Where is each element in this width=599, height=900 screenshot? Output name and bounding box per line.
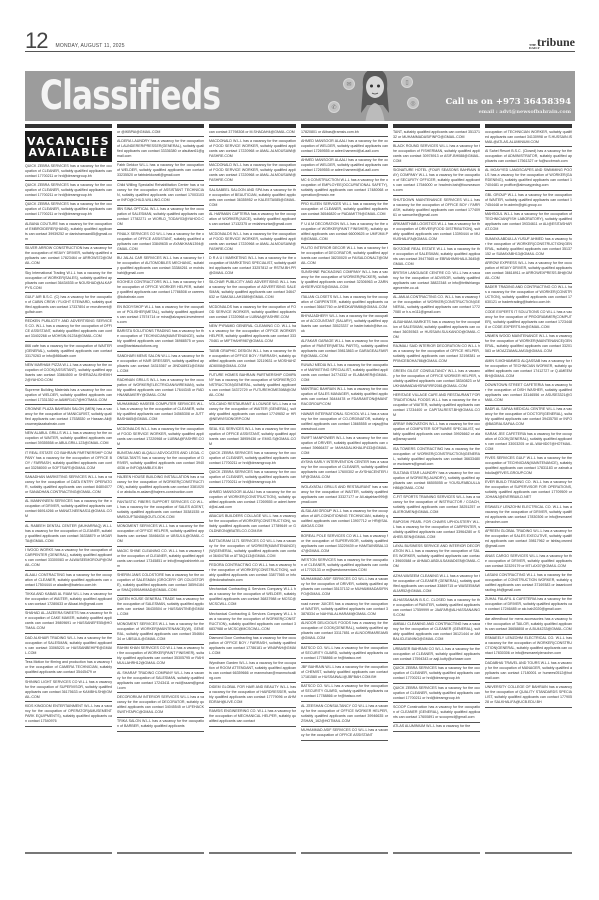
classified-ad: BARISTA SOLUTIONS TRADING has a vacancy …	[117, 328, 204, 352]
classified-ad: ARRAY INNOVATION W.L.L has a vacancy for…	[393, 421, 480, 445]
classified-ad: QUICK ZEBRA SERVICES has a vacancy for t…	[25, 162, 112, 181]
classified-ad: AL MOAYYED LANDSCAPES AND SWIMMING POOLS…	[485, 167, 572, 191]
column-5: TANT, suitably qualified applicants can …	[393, 124, 480, 854]
classified-ad: ZUHAL FALAFIL & CAFETERIA has a vacancy …	[485, 596, 572, 615]
classified-ad: LASANI CONTRACTING W.L.L has a vacancy f…	[485, 571, 572, 595]
classified-ad: BLACK ROUND SERVICES W.L.L has a vacancy…	[393, 142, 480, 166]
ads-list: can contact 37798308 or M.SHADAH4@GMAIL.…	[209, 128, 296, 727]
classified-ad: BHIYAJADHERY W.L.L has a vacancy for the…	[301, 313, 388, 337]
classified-ad: SEAL 911 SERVICES W.L.L has a vacancy fo…	[209, 425, 296, 449]
classified-ad: MONOMENT SERVICES W.L.L has a vacancy fo…	[117, 523, 204, 547]
classified-ad: RAPOSHI PEARL FOR CHAIRS UPHOLSTERY W.L.…	[393, 518, 480, 542]
classified-ad: dar alfeedhout for mens accessories has …	[485, 615, 572, 634]
classified-ad: RAMSIS ENGINEERING CO. W.L.L has a vacan…	[209, 708, 296, 727]
ads-list: or @IKBPAI@GMAIL.COMALDERA LAUNDRY has a…	[117, 128, 204, 732]
classified-ad: Supreme Building Materials has a vacancy…	[25, 386, 112, 405]
classified-ad: QUEEN HOUSE GENERAL TRADE has a vacancy …	[117, 596, 204, 620]
classified-ad: MAGIC SHINE CLEANING CO. W.L.L has a vac…	[117, 547, 204, 571]
classified-ad: C-FIT SPORTS TRAINING SERVICES W.L.L has…	[393, 494, 480, 518]
classified-ad: ANAS CARGO SERVICES W.L.L has a vacancy …	[485, 552, 572, 571]
phone-icon: ✆	[328, 101, 340, 113]
classified-ad: BRITISH LANGUAGE CENTRE CO. W.L.L has a …	[393, 269, 480, 293]
ads-list: QUICK ZEBRA SERVICES has a vacancy for t…	[25, 162, 112, 727]
classified-ad: SILCHAR PUBLICITY AND ADVERTISING W.L.L …	[209, 279, 296, 303]
classified-ad: SKYZONE REAL ESTATE W.L.L has a vacancy …	[393, 245, 480, 269]
column-divider	[301, 852, 388, 854]
classified-ad: QUICK ZEBRA SERVICES has a vacancy for t…	[209, 469, 296, 488]
classified-ad: QUICK ZEBRA SERVICES has a vacancy for t…	[25, 201, 112, 220]
classified-ad: ISA TOWERS CONTRACTING has a vacancy for…	[393, 445, 480, 469]
classified-ad: NEW MARHAM PIZZA W.L.L has a vacancy for…	[25, 362, 112, 386]
classified-ad: QUICK ZEBRA SERVICES has a vacancy for t…	[393, 665, 480, 684]
classified-ad: TRIKA SALON W.L.L has a vacancy for the …	[117, 718, 204, 732]
classified-ad: EN BODYSHOP W.L.L has a vacancy for the …	[117, 303, 204, 327]
classified-ad: DADABHAI TRAVEL AND TOURS W.L.L has a va…	[485, 659, 572, 683]
classified-ad: Al Sahel Resort B.S.C. (Closed) has a va…	[485, 147, 572, 166]
classified-ad: DOWNTOWN STREET CAFETERIA has a vacancy …	[485, 381, 572, 405]
classified-ad: RUWAJ MEDIA W.L.L has a vacancy for the …	[301, 361, 388, 385]
classified-ad: SWIFT MANPOWER W.L.L has a vacancy for t…	[301, 434, 388, 458]
classified-ad: ALSALAM GROUP W.L.L has a vacancy for th…	[301, 508, 388, 532]
classified-ad: NEW ALABUL GRILLS W.L.L has a vacancy fo…	[25, 430, 112, 449]
classified-ad: MANTRAC BAHRAIN W.L.L has a vacancy for …	[301, 386, 388, 410]
column-divider	[393, 852, 480, 854]
classified-ad: RAHIM KHAN SERVICES CO W.L.L has a vacan…	[117, 645, 204, 669]
classified-ad: occupation of TECHNICIAN WORKER, suitabl…	[485, 128, 572, 147]
classified-ad: ATLAS ALUMINIUM W.L.L has a vacancy for …	[393, 723, 480, 732]
classified-ad: MCDONALDS W.L.L has a vacancy for the oc…	[209, 230, 296, 254]
brand-name: tribune	[537, 35, 575, 50]
classified-ad: EVER BUILD TRADING CO. W.L.L has a vacan…	[485, 479, 572, 503]
classified-ad: AL SHARAF TRADING COMPANY W.L.L has a va…	[117, 669, 204, 693]
classified-ad: UNMEN WOOD MAINTENANCE W.L.L has a vacan…	[485, 333, 572, 357]
classified-ad: AZHA WASEEM CLEANING W.L.L has a vacancy…	[393, 572, 480, 596]
ads-list: 17820801 or Alibas@ramsis.com.bhAHMED MA…	[301, 128, 388, 741]
classified-ad: BADER TRADING AND CONTRACTING CO W.L.L h…	[485, 284, 572, 308]
classified-ad: FANTASTIC FIBERS SUPPORT SERVICES CO W.L…	[117, 498, 204, 522]
envelope-icon: ✉	[343, 78, 355, 90]
banner-title: Classifieds	[40, 73, 220, 119]
classified-ad: DECORORIUM INTERIOR SERVICES W.L.L has a…	[117, 693, 204, 717]
classified-ad: KOOHEJI CONTRACTORS W.L.L has a vacancy …	[117, 279, 204, 303]
classified-ad: Tess Motion for filming and production h…	[25, 659, 112, 678]
classified-ad: MCDONALDS W.L.L has a vacancy for the oc…	[117, 425, 204, 449]
classified-ad: Sky International Trading W.L.L has a va…	[25, 269, 112, 293]
classified-ad: ALBANA COUTURE has a vacancy for the occ…	[25, 220, 112, 244]
classified-ad: CODE EXPERTS IT SOLUTIONS CO W.L.L has a…	[485, 308, 572, 332]
classified-ad: AL RABEEH DENTAL CENTER (MUHARRAQ) W.L.L…	[25, 522, 112, 546]
classified-ad: HERITAGE VILLAGE CAFE AND RESTAURANT FOR…	[393, 391, 480, 420]
classified-ad: ALDERA LAUNDRY has a vacancy for the occ…	[117, 137, 204, 161]
globe-icon: ◎	[407, 97, 419, 109]
classified-ad: Fabb Dekkor W.L.L has a vacancy for the …	[117, 162, 204, 181]
classified-ad: SCOOP Construction has a vacancy for the…	[393, 703, 480, 722]
classified-ad: SUMAYA ABDULLA YUSUF AHMED has a vacancy…	[485, 235, 572, 259]
mobile-icon: ▯	[401, 76, 413, 88]
classified-ad: or @IKBPAI@GMAIL.COM	[117, 128, 204, 137]
classified-ad: FIVES SERVICES GULF W.L.L has a vacancy …	[485, 454, 572, 478]
classified-ad: SANADHAN MARKETING SERVICES W.L.L has a …	[25, 473, 112, 497]
classified-ad: AL-AMLIA CONTRACTING CO. W.L.L has a vac…	[393, 294, 480, 318]
column-divider	[117, 852, 204, 854]
classified-ad: HAWAR INTERNATIONAL SCHOOL W.L.L has a v…	[301, 410, 388, 434]
classified-ad: MUHAMMAD ASIF SERVICES CO W.L.L has a va…	[301, 576, 388, 600]
classified-ad: ALNOOR DELICIOUS FOODS has a vacancy for…	[301, 620, 388, 644]
classified-ad: HAJEEN HOUSE BUILDING INSTALLATION has a…	[117, 474, 204, 498]
section-header: VACANCIES AVAILABLE	[25, 131, 112, 162]
classified-ad: F U A M DECORATION W.L.L has a vacancy f…	[301, 220, 388, 244]
classified-ad: SHERIN JANS COLDSTORE has a vacancy for …	[117, 571, 204, 595]
classified-ad: IT REAL ESTATE CO BAHRAIN PARTNERSHIP CO…	[25, 449, 112, 473]
classified-ad: QUICK ZEBRA SERVICES has a vacancy for t…	[209, 449, 296, 468]
classified-ad: RADHNAN GRILLS W.L.L has a vacancy for t…	[117, 376, 204, 400]
classified-ad: UNIVERSITY COLLEGE OF BAHRAIN has a vaca…	[485, 683, 572, 707]
classified-ad: AL ZEESHAN CONSULTANCY CO W.L.L has a va…	[301, 702, 388, 726]
classified-ad: MACDONALD W.L.L has a vacancy for the oc…	[209, 137, 296, 161]
classified-ad: AHMED MANSOOR ALAALI has a vacancy for t…	[301, 137, 388, 156]
classified-ad: Mechanical Contracting & Services Compan…	[209, 586, 296, 610]
column-4: 17820801 or Alibas@ramsis.com.bhAHMED MA…	[301, 124, 388, 854]
column-1: VACANCIES AVAILABLE QUICK ZEBRA SERVICES…	[25, 124, 112, 854]
classified-ad: KARAK JEE CAFETERIA has a vacancy for th…	[485, 430, 572, 454]
column-3: can contact 37798308 or M.SHADAH4@GMAIL.…	[209, 124, 296, 854]
classified-ad: TIKKA AND KABAB AL RIAM W.L.L has a vaca…	[25, 590, 112, 609]
classified-ad: AHMED MANSOOR ALAALI has a vacancy for t…	[301, 157, 388, 176]
classified-ad: GBL GROUP W.L.L has a vacancy for the oc…	[485, 191, 572, 210]
classified-ad: Wyndham Garden W.L.L has a vacancy for t…	[209, 659, 296, 683]
classified-ad: MACDONALD W.L.L has a vacancy for the oc…	[209, 162, 296, 186]
page-number: 12	[25, 31, 47, 51]
classified-ad: BOREAL POLE SERVICES CO W.L.L has a vaca…	[301, 532, 388, 556]
classifieds-banner: Classifieds ✉ ✆ ▯ ◎ Call us on +973 3645…	[25, 71, 575, 121]
brand-small-text: THE DAILY	[529, 44, 536, 50]
classified-ad: GREEN GILGIT CONSULTANCY W.L.L has a vac…	[393, 367, 480, 391]
classified-ad: ALFAKAR GARAGE W.L.L has a vacancy for t…	[301, 337, 388, 361]
classified-ad: SANDHARI MENS SALON W.L.L has a vacancy …	[117, 352, 204, 376]
classified-ad: LAYAL BUSINESS SERVICE AND INTERIOR DECO…	[393, 543, 480, 572]
column-2: or @IKBPAI@GMAIL.COMALDERA LAUNDRY has a…	[117, 124, 204, 854]
classified-ad: AHMED MANSOOR ALAALI has a vacancy for t…	[209, 488, 296, 512]
classified-ad: AMBALI CLEANING AND CONTRACTING has a va…	[393, 621, 480, 645]
classified-ad: AL MANNYNEEN SERVICES has a vacancy for …	[25, 498, 112, 522]
classified-ad: ESMAEELY LENZOHM ELECTRICAL CO. W.L.L ha…	[485, 635, 572, 659]
classified-ad: FINALX SERVICES CO W.L.L has a vacancy f…	[117, 230, 204, 254]
classified-ad: ARROW EXPRESS W.L.L has a vacancy for th…	[485, 259, 572, 283]
classified-ad: ARKAMITHAB LOGISTICS W.L.L has a vacancy…	[393, 221, 480, 245]
classified-ad: can contact 37798308 or M.SHADAH4@GMAIL.…	[209, 128, 296, 137]
classified-ad: D R A U I MARKETING W.L.L has a vacancy …	[209, 254, 296, 278]
classified-ad: KIDS KINGDOM ENTERTAINMENT W.L.L has a v…	[25, 702, 112, 726]
classified-ad: SULTANA STAR LAUNDRY has a vacancy for t…	[393, 469, 480, 493]
classified-ad: TABIB GRAPHIC DESIGN W.L.L has a vacancy…	[209, 347, 296, 371]
classified-ad: SUNSHINE PACKAGING COMPANY W.L.L has a v…	[301, 269, 388, 293]
woman-illustration-icon	[355, 71, 395, 121]
classified-ad: Mechanical Contracting & Services Compan…	[209, 610, 296, 634]
classified-ad: ABACUS BUILDERS COLLAGE W.L.L has a vaca…	[209, 513, 296, 537]
classified-ad: 866 cafe has a vacancy for the occupatio…	[25, 342, 112, 361]
classified-ad: IBN SINA OPTICAL W.L.L has a vacancy for…	[117, 206, 204, 230]
call-number: Call us on +973 36458394	[445, 97, 571, 107]
classified-ad: FUTURE HOMES BAHRAIN PARTNERSHIP COMPANY…	[209, 371, 296, 400]
classified-ad: ALAALI CONTRACTING has a vacancy for the…	[25, 571, 112, 590]
classified-ad: DIDEM GLOBAL FOR HAIR AND BEAUTY W.L.L h…	[209, 683, 296, 707]
classified-ad: BU JALAL CAR SERVICES W.L.L has a vacanc…	[117, 254, 204, 278]
masthead: 12 MONDAY, AUGUST 11, 2025 THE DAILY tri…	[25, 30, 575, 52]
classified-ad: RAJMALI SAID INTERIOR DECORATION CO W.L.…	[393, 343, 480, 367]
classified-ad: SILVER ARROW CONSTRUCTION has a vacancy …	[25, 245, 112, 269]
classified-ad: AMIN S.MOHAMMED ALQASSAB has a vacancy f…	[485, 357, 572, 381]
classified-ad: MUHAMMAD ASIF SERVICES CO W.L.L has a va…	[301, 727, 388, 741]
classified-ad: MAHSOUL W.L.L has a vacancy for the occu…	[485, 211, 572, 235]
classified-ad: MCDONALDS has a vacancy for the occupati…	[209, 303, 296, 322]
classified-ad: SALSABEEL SALOON AND SPA has a vacancy f…	[209, 186, 296, 210]
classified-ad: road runner JUICES has a vacancy for the…	[301, 600, 388, 619]
classified-ad: NEW PYRAMID GENERAL CLEANING CO. W.L.L h…	[209, 323, 296, 347]
classified-ad: Diamond Door Contracting has a vacancy f…	[209, 635, 296, 659]
classified-ad: ITALIAN CLOSETS W.L.L has a vacancy for …	[301, 293, 388, 312]
classified-ad: SHAHAD AL-JAZEERA SWEETS has a vacancy f…	[25, 610, 112, 634]
classified-ad: CROWNE PLAZA BAHRAIN SALON (MEN) has a v…	[25, 405, 112, 429]
classified-columns: VACANCIES AVAILABLE QUICK ZEBRA SERVICES…	[25, 124, 576, 854]
classified-ad: ESWAELY LENZOHM ELECTRICAL CO. W.L.L has…	[485, 503, 572, 527]
column-6: occupation of TECHNICIAN WORKER, suitabl…	[485, 124, 572, 854]
classified-ad: SHUTDOWN MAINTENANCE SERVICES W.L.L has …	[393, 196, 480, 220]
classified-ad: WESTON SERVICES has a vacancy for the oc…	[301, 556, 388, 575]
classified-ad: PLUTO INTERIOR DECOR W.L.L has a vacancy…	[301, 244, 388, 268]
classified-ad: MUHAMMAD HASEEB COMPUTER SERVICES W.L.L …	[117, 401, 204, 425]
classified-ad: PRO KLEEN SERVICES W.L.L has a vacancy f…	[301, 201, 388, 220]
classified-ad: URBASER BAHRAIN CO W.L.L has a vacancy f…	[393, 645, 480, 664]
classified-ad: I WOOD WORKS has a vacancy for the occup…	[25, 547, 112, 571]
classified-ad: AL HARMAIN CAFTERIA has a vacancy for th…	[209, 211, 296, 230]
classified-ad: DAD ALKHAIR TRADING W.L.L has a vacancy …	[25, 634, 112, 658]
classified-ad: 17820801 or Alibas@ramsis.com.bh	[301, 128, 388, 137]
ads-list: TANT, suitably qualified applicants can …	[393, 128, 480, 732]
classified-ad: AYSHA KARLY INTERVENTION CENTER has a va…	[301, 459, 388, 483]
classified-ad: SIGNATURE HOTEL (FOUR SEASONS BAHRAIN BA…	[393, 167, 480, 196]
classified-ad: BATSCO CO. W.L.L has a vacancy for the o…	[301, 644, 388, 663]
classified-ad: GULF AIR B.S.C. (C) has a vacancy for th…	[25, 293, 112, 317]
classified-ad: ALBAHAMA MARKETS has a vacancy for the o…	[393, 318, 480, 342]
classified-ad: QUICK ZEBRA SERVICES has a vacancy for t…	[25, 181, 112, 200]
brand-logo: THE DAILY tribune	[529, 35, 575, 50]
classified-ad: BATSCO CO. W.L.L has a vacancy for the o…	[301, 683, 388, 702]
column-divider	[25, 852, 112, 854]
classified-ad: SHINING LIGHT SERVICES CO W.L.L has a va…	[25, 678, 112, 702]
classified-ad: BATTAGRAM 1171 SERVICES CO W.L.L has a v…	[209, 537, 296, 561]
classified-ad: BUNITAN AND ALQALLI ADVOCATES AND LEGAL …	[117, 449, 204, 473]
classified-ad: QUICK ZEBRA SERVICES has a vacancy for t…	[393, 684, 480, 703]
issue-date: MONDAY, AUGUST 11, 2025	[55, 43, 124, 49]
classified-ad: BADR AL SAFAA MEDICAL CENTRE W.L.L has a…	[485, 406, 572, 430]
column-divider	[209, 852, 296, 854]
column-divider	[485, 852, 572, 854]
classified-ad: REDKEN PUBLICITY AND ADVERTISING SERVICE…	[25, 318, 112, 342]
classified-ad: VOLCANO RESTAURANT & LOUNGE W.L.L has a …	[209, 401, 296, 425]
classified-ad: TANT, suitably qualified applicants can …	[393, 128, 480, 142]
classified-ad: JBF BAHRAIN W.L.L has a vacancy for the …	[301, 663, 388, 682]
classified-ad: ALHASSANAIN B.S.C. CLOSED has a vacancy …	[393, 596, 480, 620]
contact-email: email : advt@newsofbahrain.com	[479, 109, 571, 115]
classified-ad: AFREEN GLOBAL TRADING W.L.L has a vacanc…	[485, 528, 572, 552]
ads-list: occupation of TECHNICIAN WORKER, suitabl…	[485, 128, 572, 708]
classified-ad: FEDORA CONTRACTING CO W.L.L has a vacanc…	[209, 561, 296, 585]
classified-ad: Child Willing Specialist Rehabilitation …	[117, 181, 204, 205]
classified-ad: MC 6 CONSTRUCTION W.L.L has a vacancy fo…	[301, 176, 388, 200]
classified-ad: WOLAYATALI GRILLS AND RESTAURANT has a v…	[301, 483, 388, 507]
classified-ad: MONOMENT SERVICES W.L.L has a vacancy fo…	[117, 620, 204, 644]
